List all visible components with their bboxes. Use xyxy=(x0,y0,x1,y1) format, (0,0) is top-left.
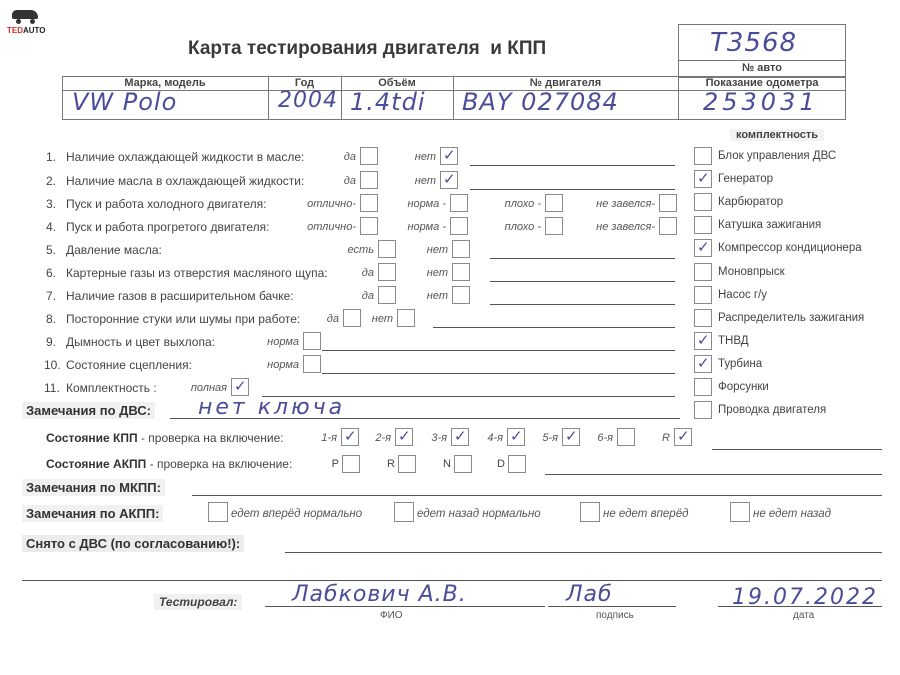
check-number: 5. xyxy=(46,243,56,257)
gear-label: 5-я xyxy=(542,432,558,444)
completeness-checkbox[interactable] xyxy=(694,355,712,373)
check-number: 7. xyxy=(46,289,56,303)
mode-label: R xyxy=(387,458,395,470)
completeness-checkbox[interactable] xyxy=(694,378,712,396)
tedauto-logo: TEDAUTO xyxy=(4,6,44,36)
option-label: нет xyxy=(427,267,448,279)
completeness-checkbox[interactable] xyxy=(694,401,712,419)
check-label: Посторонние стуки или шумы при работе: xyxy=(66,312,300,326)
option-checkbox[interactable] xyxy=(440,171,458,189)
check-notes-line[interactable] xyxy=(490,281,675,282)
option-checkbox[interactable] xyxy=(440,147,458,165)
page-title: Карта тестирования двигателя и КПП xyxy=(188,38,546,60)
completeness-item-label: Карбюратор xyxy=(718,196,783,208)
option-checkbox[interactable] xyxy=(450,194,468,212)
gear-checkbox[interactable] xyxy=(395,428,413,446)
option-label: отлично- xyxy=(307,198,356,210)
gear-label: 2-я xyxy=(375,432,391,444)
completeness-checkbox[interactable] xyxy=(694,309,712,327)
check-label: Наличие охлаждающей жидкости в масле: xyxy=(66,150,304,164)
check-number: 1. xyxy=(46,150,56,164)
gear-label: 4-я xyxy=(487,432,503,444)
check-label: Состояние сцепления: xyxy=(66,358,192,372)
check-label: Пуск и работа холодного двигателя: xyxy=(66,197,266,211)
completeness-item-label: Проводка двигателя xyxy=(718,404,826,416)
gear-checkbox[interactable] xyxy=(617,428,635,446)
check-label: Давление масла: xyxy=(66,243,162,257)
gear-checkbox[interactable] xyxy=(451,428,469,446)
check-label: Пуск и работа прогретого двигателя: xyxy=(66,220,270,234)
akpp-option-checkbox[interactable] xyxy=(730,502,750,522)
engine-remarks-label: Замечания по ДВС: xyxy=(22,402,155,419)
akpp-option-label: не едет назад xyxy=(753,508,831,520)
auto-number-label: № авто xyxy=(678,62,846,74)
option-checkbox[interactable] xyxy=(303,332,321,350)
check-number: 9. xyxy=(46,335,56,349)
odometer-value: 253031 xyxy=(703,88,819,116)
car-icon xyxy=(12,10,38,19)
akpp-remarks-label: Замечания по АКПП: xyxy=(22,505,163,522)
mode-label: N xyxy=(443,458,451,470)
gear-checkbox[interactable] xyxy=(341,428,359,446)
year-value: 2004 xyxy=(278,88,338,113)
option-checkbox[interactable] xyxy=(378,263,396,281)
completeness-item-label: Моновпрыск xyxy=(718,266,785,278)
check-number: 4. xyxy=(46,220,56,234)
akpp-option-checkbox[interactable] xyxy=(394,502,414,522)
completeness-checkbox[interactable] xyxy=(694,263,712,281)
akpp-option-label: едет назад нормально xyxy=(417,508,541,520)
mode-label: D xyxy=(497,458,505,470)
option-checkbox[interactable] xyxy=(659,194,677,212)
auto-gearbox-label: Состояние АКПП - проверка на включение: xyxy=(46,457,292,471)
mode-checkbox[interactable] xyxy=(342,455,360,473)
check-number: 6. xyxy=(46,266,56,280)
check-number: 3. xyxy=(46,197,56,211)
option-checkbox[interactable] xyxy=(659,217,677,235)
akpp-option-label: едет вперёд нормально xyxy=(231,508,362,520)
check-number: 11. xyxy=(44,381,60,395)
engine-no-value: BAY 027084 xyxy=(462,88,619,116)
akpp-option-checkbox[interactable] xyxy=(208,502,228,522)
option-checkbox[interactable] xyxy=(452,240,470,258)
option-label: нет xyxy=(415,175,436,187)
check-notes-line[interactable] xyxy=(490,258,675,259)
option-label: норма - xyxy=(407,198,446,210)
mkpp-remarks-field[interactable] xyxy=(192,495,882,496)
option-checkbox[interactable] xyxy=(397,309,415,327)
akpp-option-label: не едет вперёд xyxy=(603,508,688,520)
option-label: норма xyxy=(267,359,299,371)
completeness-item-label: Распределитель зажигания xyxy=(718,312,864,324)
completeness-checkbox[interactable] xyxy=(694,170,712,188)
option-checkbox[interactable] xyxy=(450,217,468,235)
option-label: полная xyxy=(191,382,227,394)
option-label: нет xyxy=(427,244,448,256)
gear-label: 1-я xyxy=(321,432,337,444)
option-checkbox[interactable] xyxy=(545,194,563,212)
check-label: Комплектность : xyxy=(66,381,157,395)
option-checkbox[interactable] xyxy=(378,286,396,304)
check-notes-line[interactable] xyxy=(470,189,675,190)
check-label: Наличие газов в расширительном бачке: xyxy=(66,289,294,303)
completeness-item-label: Насос г/у xyxy=(718,289,767,301)
mode-checkbox[interactable] xyxy=(454,455,472,473)
option-label: да xyxy=(362,267,374,279)
name-caption: ФИО xyxy=(380,610,403,621)
tester-name-value[interactable]: Лабкович А.В. xyxy=(292,582,467,607)
option-checkbox[interactable] xyxy=(360,194,378,212)
gear-label: 6-я xyxy=(597,432,613,444)
completeness-checkbox[interactable] xyxy=(694,332,712,350)
option-checkbox[interactable] xyxy=(343,309,361,327)
option-checkbox[interactable] xyxy=(545,217,563,235)
option-label: да xyxy=(344,151,356,163)
removed-label: Снято с ДВС (по согласованию!): xyxy=(22,535,244,552)
mode-label: P xyxy=(332,458,339,470)
completeness-item-label: Турбина xyxy=(718,358,762,370)
gear-label: 3-я xyxy=(431,432,447,444)
option-label: да xyxy=(362,290,374,302)
check-notes-line[interactable] xyxy=(322,350,675,351)
option-label: норма - xyxy=(407,221,446,233)
check-number: 10. xyxy=(44,358,61,372)
mode-checkbox[interactable] xyxy=(398,455,416,473)
option-label: нет xyxy=(427,290,448,302)
akpp-option-checkbox[interactable] xyxy=(580,502,600,522)
check-number: 8. xyxy=(46,312,56,326)
check-label: Наличие масла в охлаждающей жидкости: xyxy=(66,174,304,188)
date-value[interactable]: 19.07.2022 xyxy=(732,585,878,610)
gear-checkbox[interactable] xyxy=(674,428,692,446)
option-label: плохо - xyxy=(505,221,541,233)
mode-checkbox[interactable] xyxy=(508,455,526,473)
option-label: есть xyxy=(348,244,374,256)
logo-text-red: TED xyxy=(7,26,23,35)
option-checkbox[interactable] xyxy=(452,286,470,304)
tested-by-label: Тестировал: xyxy=(154,594,242,610)
option-label: норма xyxy=(267,336,299,348)
option-label: не завелся- xyxy=(596,221,655,233)
completeness-item-label: Блок управления ДВС xyxy=(718,150,836,162)
manual-gearbox-label: Состояние КПП - проверка на включение: xyxy=(46,431,284,445)
date-caption: дата xyxy=(793,610,814,621)
option-label: да xyxy=(344,175,356,187)
option-checkbox[interactable] xyxy=(303,355,321,373)
completeness-checkbox[interactable] xyxy=(694,147,712,165)
logo-text-black: AUTO xyxy=(23,26,46,35)
completeness-item-label: ТНВД xyxy=(718,335,749,347)
removed-field[interactable] xyxy=(285,552,882,553)
completeness-title: комплектность xyxy=(730,129,824,141)
volume-value: 1.4tdi xyxy=(350,88,425,116)
auto-number-value: T3568 xyxy=(710,28,797,58)
check-label: Дымность и цвет выхлопа: xyxy=(66,335,215,349)
option-checkbox[interactable] xyxy=(452,263,470,281)
check-notes-line[interactable] xyxy=(470,165,675,166)
gear-checkbox[interactable] xyxy=(562,428,580,446)
completeness-checkbox[interactable] xyxy=(694,286,712,304)
completeness-checkbox[interactable] xyxy=(694,239,712,257)
completeness-item-label: Генератор xyxy=(718,173,773,185)
option-checkbox[interactable] xyxy=(378,240,396,258)
make-model-value: VW Polo xyxy=(72,88,177,116)
option-label: да xyxy=(327,313,339,325)
signature-value[interactable]: Лаб xyxy=(566,582,613,607)
gear-label: R xyxy=(662,432,670,444)
check-number: 2. xyxy=(46,174,56,188)
completeness-item-label: Компрессор кондиционера xyxy=(718,242,862,254)
completeness-checkbox[interactable] xyxy=(694,193,712,211)
gear-checkbox[interactable] xyxy=(507,428,525,446)
option-checkbox[interactable] xyxy=(231,378,249,396)
completeness-item-label: Форсунки xyxy=(718,381,769,393)
option-label: нет xyxy=(415,151,436,163)
option-label: не завелся- xyxy=(596,198,655,210)
option-label: плохо - xyxy=(505,198,541,210)
mkpp-remarks-label: Замечания по МКПП: xyxy=(22,479,165,496)
option-label: нет xyxy=(372,313,393,325)
signature-caption: подпись xyxy=(596,610,634,621)
completeness-checkbox[interactable] xyxy=(694,216,712,234)
option-label: отлично- xyxy=(307,221,356,233)
check-notes-line[interactable] xyxy=(433,327,675,328)
option-checkbox[interactable] xyxy=(360,147,378,165)
check-notes-line[interactable] xyxy=(490,304,675,305)
engine-remarks-value[interactable]: нет ключа xyxy=(198,395,345,420)
completeness-item-label: Катушка зажигания xyxy=(718,219,821,231)
option-checkbox[interactable] xyxy=(360,217,378,235)
check-label: Картерные газы из отверстия масляного щу… xyxy=(66,266,328,280)
check-notes-line[interactable] xyxy=(322,373,675,374)
option-checkbox[interactable] xyxy=(360,171,378,189)
